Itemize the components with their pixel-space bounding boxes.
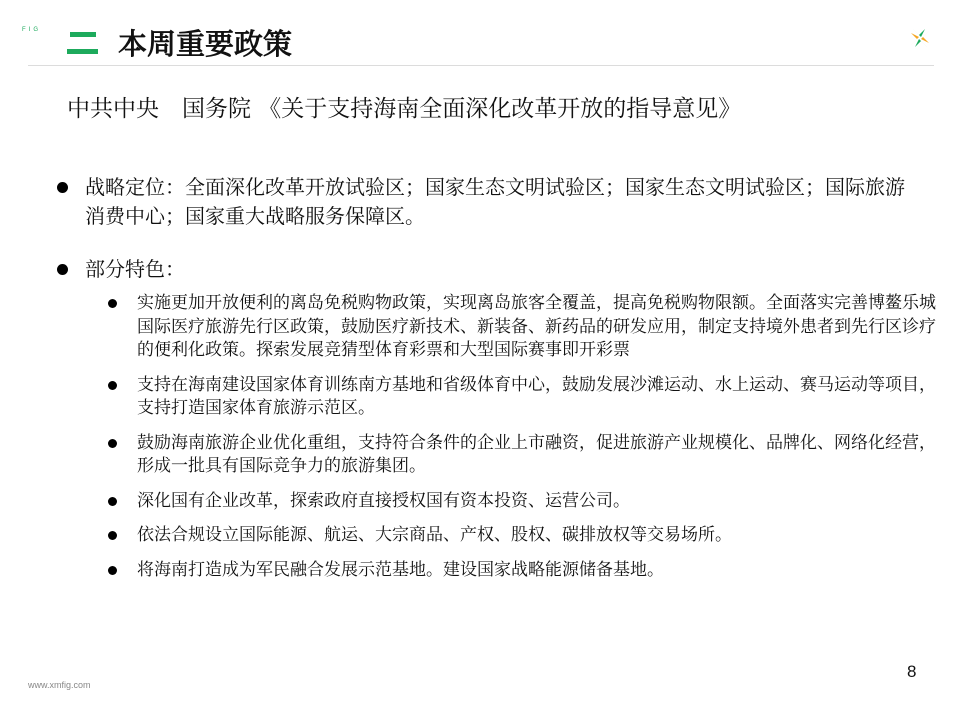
bullet-strategic-positioning: 战略定位：全面深化改革开放试验区；国家生态文明试验区；国家生态文明试验区；国际旅… <box>55 173 920 231</box>
header-divider <box>28 65 934 66</box>
sub-bullet-text: 实施更加开放便利的离岛免税购物政策，实现离岛旅客全覆盖，提高免税购物限额。全面落… <box>137 293 936 360</box>
sub-bullet-item: 实施更加开放便利的离岛免税购物政策，实现离岛旅客全覆盖，提高免税购物限额。全面落… <box>105 292 937 363</box>
sub-bullet-dot-icon <box>108 299 117 308</box>
bullet-features: 部分特色： 实施更加开放便利的离岛免税购物政策，实现离岛旅客全覆盖，提高免税购物… <box>55 255 925 582</box>
sub-bullet-text: 深化国有企业改革，探索政府直接授权国有资本投资、运营公司。 <box>137 491 630 511</box>
bullet-dot-icon <box>57 264 68 275</box>
section-number-bar-bottom <box>67 49 98 54</box>
sub-bullet-item: 深化国有企业改革，探索政府直接授权国有资本投资、运营公司。 <box>105 490 937 514</box>
sub-bullet-text: 依法合规设立国际能源、航运、大宗商品、产权、股权、碳排放权等交易场所。 <box>137 525 732 545</box>
sub-bullet-dot-icon <box>108 497 117 506</box>
sub-bullet-text: 鼓励海南旅游企业优化重组，支持符合条件的企业上市融资，促进旅游产业规模化、品牌化… <box>137 433 936 477</box>
sub-bullet-dot-icon <box>108 531 117 540</box>
sub-bullet-dot-icon <box>108 439 117 448</box>
footer-url: www.xmfig.com <box>28 680 91 690</box>
section-number-bar-top <box>70 32 96 37</box>
page-number: 8 <box>907 662 916 682</box>
sub-bullet-dot-icon <box>108 381 117 390</box>
sub-bullet-item: 支持在海南建设国家体育训练南方基地和省级体育中心，鼓励发展沙滩运动、水上运动、赛… <box>105 374 937 421</box>
sub-bullet-text: 将海南打造成为军民融合发展示范基地。建设国家战略能源储备基地。 <box>137 560 664 580</box>
pinwheel-logo-icon <box>909 27 931 49</box>
sub-bullet-dot-icon <box>108 566 117 575</box>
sub-bullet-item: 依法合规设立国际能源、航运、大宗商品、产权、股权、碳排放权等交易场所。 <box>105 524 937 548</box>
sub-bullet-list: 实施更加开放便利的离岛免税购物政策，实现离岛旅客全覆盖，提高免税购物限额。全面落… <box>105 292 925 582</box>
section-number-icon <box>67 30 98 56</box>
sub-bullet-item: 将海南打造成为军民融合发展示范基地。建设国家战略能源储备基地。 <box>105 559 937 583</box>
sub-bullet-item: 鼓励海南旅游企业优化重组，支持符合条件的企业上市融资，促进旅游产业规模化、品牌化… <box>105 432 937 479</box>
sub-bullet-text: 支持在海南建设国家体育训练南方基地和省级体育中心，鼓励发展沙滩运动、水上运动、赛… <box>137 375 936 419</box>
content-body: 战略定位：全面深化改革开放试验区；国家生态文明试验区；国家生态文明试验区；国际旅… <box>55 173 925 606</box>
brand-mark: FIG <box>22 27 41 33</box>
document-title: 中共中央 国务院 《关于支持海南全面深化改革开放的指导意见》 <box>67 92 741 126</box>
bullet-text: 战略定位：全面深化改革开放试验区；国家生态文明试验区；国家生态文明试验区；国际旅… <box>85 175 905 228</box>
bullet-text: 部分特色： <box>85 257 185 281</box>
bullet-dot-icon <box>57 182 68 193</box>
page-title: 本周重要政策 <box>118 24 292 64</box>
